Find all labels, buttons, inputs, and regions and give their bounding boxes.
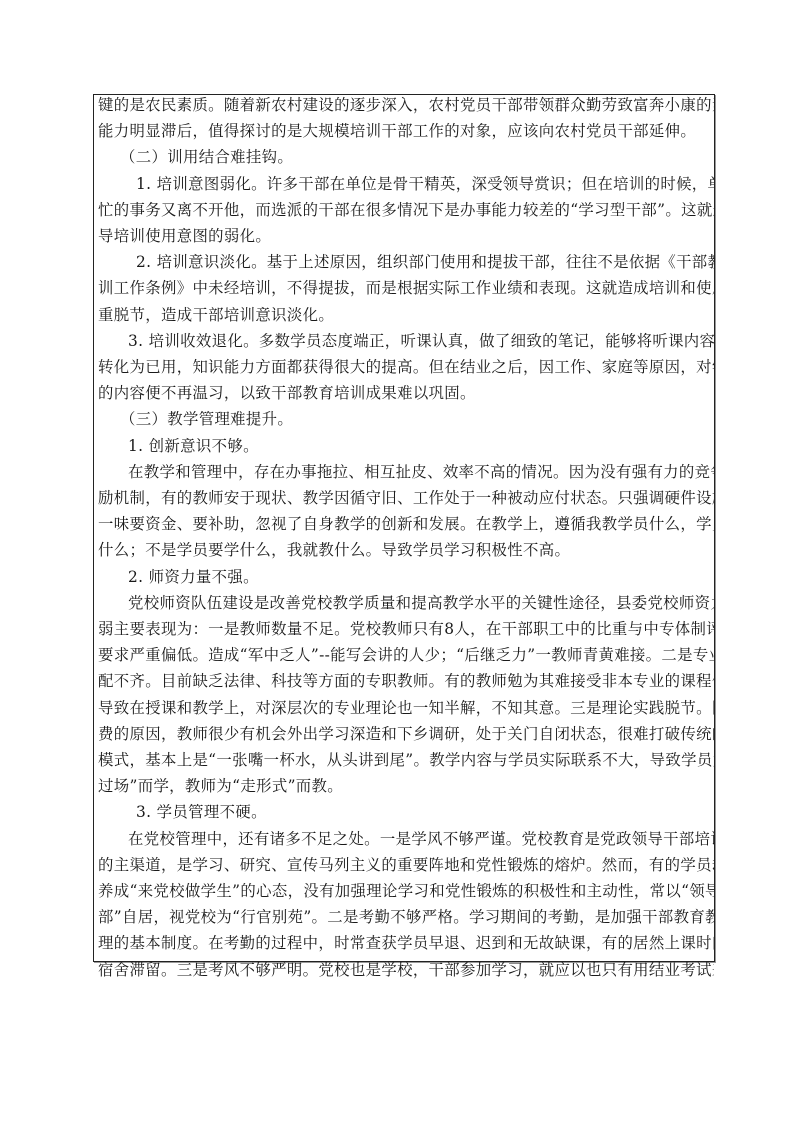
text-line: 训工作条例》中未经培训，不得提拔，而是根据实际工作业绩和表现。这就造成培训和使用…: [94, 274, 714, 303]
text-line: （二）训用结合难挂钩。: [94, 143, 714, 172]
text-line: 键的是农民素质。随着新农村建设的逐步深入，农村党员干部带领群众勤劳致富奔小康的素…: [94, 91, 714, 120]
text-line: 党校师资队伍建设是改善党校教学质量和提高教学水平的关键性途径，县委党校师资力量薄: [94, 589, 714, 618]
text-line: 导培训使用意图的弱化。: [94, 222, 714, 251]
text-line: 1. 创新意识不够。: [94, 432, 714, 461]
text-line: 2. 培训意识淡化。基于上述原因，组织部门使用和提拔干部，往往不是依据《干部教育…: [94, 248, 714, 277]
text-line: 的主渠道，是学习、研究、宣传马列主义的重要阵地和党性锻炼的熔炉。然而，有的学员却…: [94, 851, 714, 880]
text-line: 理的基本制度。在考勤的过程中，时常查获学员早退、迟到和无故缺课，有的居然上课时间…: [94, 929, 714, 958]
text-line: 要求严重偏低。造成“军中乏人”--能写会讲的人少；“后继乏力”一教师青黄难接。二…: [94, 641, 714, 670]
text-line: 宿舍滞留。三是考风不够严明。党校也是学校，干部参加学习，就应以也只有用结业考试来…: [94, 956, 714, 985]
text-line: （三）教学管理难提升。: [94, 405, 714, 434]
text-line: 配不齐。目前缺乏法律、科技等方面的专职教师。有的教师勉为其难接受非本专业的课程任…: [94, 667, 714, 696]
text-line: 在党校管理中，还有诸多不足之处。一是学风不够严谨。党校教育是党政领导干部培训轮训: [94, 825, 714, 854]
text-line: 能力明显滞后，值得探讨的是大规模培训干部工作的对象，应该向农村党员干部延伸。: [94, 117, 714, 146]
text-line: 3. 培训收效退化。多数学员态度端正，听课认真，做了细致的笔记，能够将听课内容吸…: [94, 327, 714, 356]
text-line: 弱主要表现为：一是教师数量不足。党校教师只有8人，在干部职工中的比重与中专体制评…: [94, 615, 714, 644]
text-line: 2. 师资力量不强。: [94, 563, 714, 592]
text-line: 在教学和管理中，存在办事拖拉、相互扯皮、效率不高的情况。因为没有强有力的竞争和激: [94, 458, 714, 487]
text-line: 部”自居，视党校为“行官别苑”。二是考勤不够严格。学习期间的考勤，是加强干部教育…: [94, 903, 714, 932]
document-text-box: 键的是农民素质。随着新农村建设的逐步深入，农村党员干部带领群众勤劳致富奔小康的素…: [93, 94, 715, 962]
text-line: 过场”而学，教师为“走形式”而教。: [94, 772, 714, 801]
text-line: 励机制，有的教师安于现状、教学因循守旧、工作处于一种被动应付状态。只强调硬件设施…: [94, 484, 714, 513]
text-line: 费的原因，教师很少有机会外出学习深造和下乡调研，处于关门自闭状态，很难打破传统的…: [94, 720, 714, 749]
text-line: 导致在授课和教学上，对深层次的专业理论也一知半解，不知其意。三是理论实践脱节。因…: [94, 694, 714, 723]
text-line: 一味要资金、要补助，忽视了自身教学的创新和发展。在教学上，遵循我教学员什么，学员…: [94, 510, 714, 539]
text-line: 重脱节，造成干部培训意识淡化。: [94, 301, 714, 330]
text-line: 养成“来党校做学生”的心态，没有加强理论学习和党性锻炼的积极性和主动性，常以“领…: [94, 877, 714, 906]
text-line: 模式，基本上是“一张嘴一杯水，从头讲到尾”。教学内容与学员实际联系不大，导致学员…: [94, 746, 714, 775]
text-line: 什么；不是学员要学什么，我就教什么。导致学员学习积极性不高。: [94, 536, 714, 565]
text-line: 1. 培训意图弱化。许多干部在单位是骨干精英，深受领导赏识；但在培训的时候，单位…: [94, 170, 714, 199]
text-line: 的内容便不再温习，以致干部教育培训成果难以巩固。: [94, 379, 714, 408]
text-line: 3. 学员管理不硬。: [94, 798, 714, 827]
text-line: 忙的事务又离不开他，而选派的干部在很多情况下是办事能力较差的“学习型干部”。这就…: [94, 196, 714, 225]
text-line: 转化为已用，知识能力方面都获得很大的提高。但在结业之后，因工作、家庭等原因，对学…: [94, 353, 714, 382]
